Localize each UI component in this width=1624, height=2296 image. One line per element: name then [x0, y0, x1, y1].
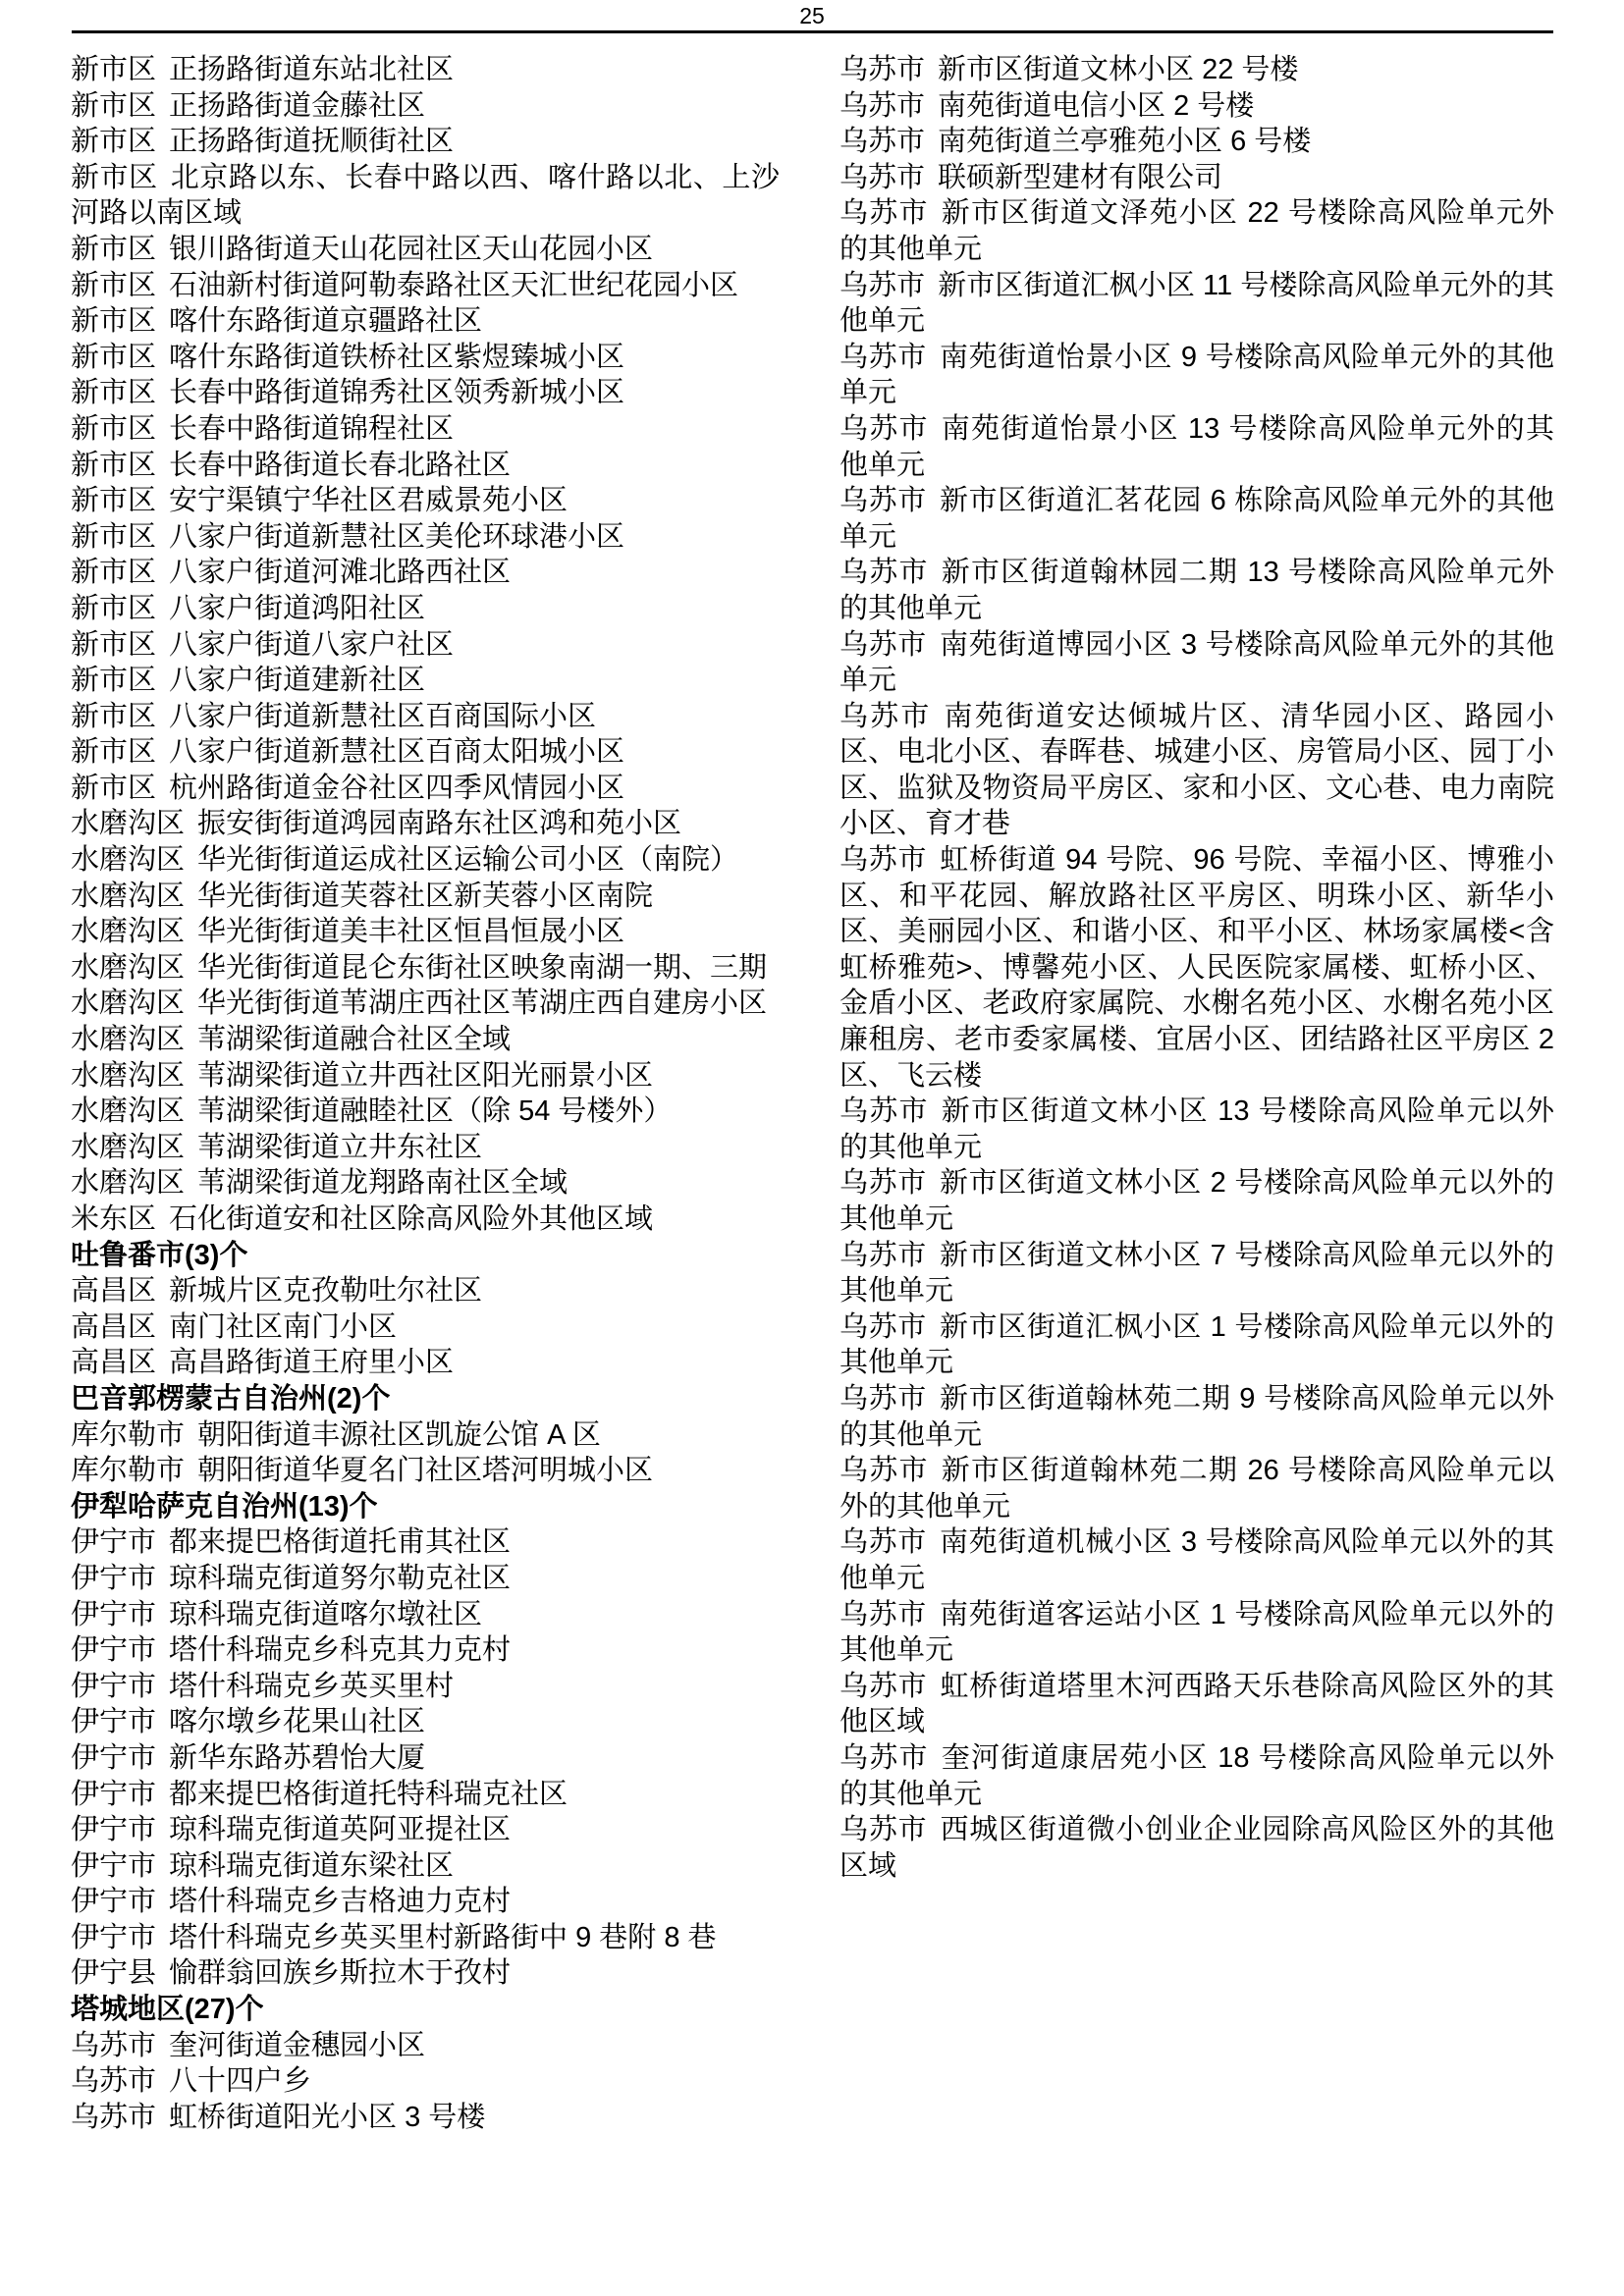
region-label: 伊宁市	[71, 1706, 156, 1737]
list-item: 伊宁市琼科瑞克街道努尔勒克社区	[71, 1561, 780, 1597]
region-label: 伊宁市	[71, 1814, 156, 1845]
list-item: 新市区喀什东路街道京疆路社区	[71, 303, 780, 340]
entry-text: 杭州路街道金谷社区四季风情园小区	[169, 773, 624, 804]
region-label: 新市区	[71, 485, 156, 516]
list-item: 乌苏市新市区街道翰林苑二期 9 号楼除高风险单元以外的其他单元	[839, 1381, 1554, 1453]
entry-text: 琼科瑞克街道英阿亚提社区	[169, 1814, 511, 1845]
entry-text: 苇湖梁街道龙翔路南社区全域	[197, 1167, 568, 1199]
list-item: 乌苏市新市区街道汇枫小区 11 号楼除高风险单元外的其他单元	[839, 268, 1554, 340]
region-label: 乌苏市	[839, 197, 929, 229]
region-label: 水磨沟区	[71, 1132, 185, 1163]
region-label: 乌苏市	[839, 1240, 927, 1271]
list-item: 新市区喀什东路街道铁桥社区紫煜臻城小区	[71, 340, 780, 376]
entry-text: 八家户街道八家户社区	[169, 629, 454, 661]
region-label: 伊宁市	[71, 1599, 156, 1630]
region-label: 乌苏市	[839, 413, 929, 445]
region-label: 水磨沟区	[71, 881, 185, 912]
city-group-header: 塔城地区(27)个	[71, 1992, 780, 2028]
list-item: 乌苏市新市区街道汇茗花园 6 栋除高风险单元外的其他单元	[839, 483, 1554, 555]
list-item: 乌苏市南苑街道电信小区 2 号楼	[839, 88, 1554, 125]
entry-text: 石化街道安和社区除高风险外其他区域	[169, 1203, 653, 1235]
entry-text: 北京路以东、长春中路以西、喀什路以北、上沙河路以南区域	[71, 162, 780, 230]
entry-text: 新市区街道翰林苑二期 9 号楼除高风险单元以外的其他单元	[839, 1383, 1554, 1451]
region-label: 水磨沟区	[71, 1167, 185, 1199]
list-item: 水磨沟区苇湖梁街道融睦社区（除 54 号楼外）	[71, 1094, 780, 1130]
region-label: 高昌区	[71, 1275, 156, 1307]
region-label: 新市区	[71, 629, 156, 661]
region-label: 高昌区	[71, 1347, 156, 1378]
region-label: 乌苏市	[839, 126, 925, 157]
region-label: 乌苏市	[839, 1599, 927, 1630]
list-item: 伊宁市塔什科瑞克乡英买里村	[71, 1669, 780, 1705]
document-page: 25 新市区正扬路街道东站北社区新市区正扬路街道金藤社区新市区正扬路街道抚顺街社…	[0, 0, 1624, 2296]
list-item: 新市区八家户街道新慧社区百商太阳城小区	[71, 734, 780, 771]
header-divider	[72, 30, 1553, 33]
region-label: 乌苏市	[839, 1383, 927, 1415]
region-label: 伊宁市	[71, 1671, 156, 1702]
entry-text: 琼科瑞克街道努尔勒克社区	[169, 1563, 511, 1594]
entry-text: 八家户街道河滩北路西社区	[169, 557, 511, 588]
entry-text: 八家户街道新慧社区百商国际小区	[169, 701, 596, 732]
entry-text: 新市区街道汇枫小区 1 号楼除高风险单元以外的其他单元	[839, 1311, 1554, 1379]
entry-text: 长春中路街道锦程社区	[169, 413, 454, 445]
list-item: 水磨沟区华光街街道美丰社区恒昌恒晟小区	[71, 914, 780, 950]
list-item: 高昌区南门社区南门小区	[71, 1309, 780, 1346]
list-item: 乌苏市新市区街道翰林园二期 13 号楼除高风险单元外的其他单元	[839, 555, 1554, 626]
list-item: 新市区八家户街道新慧社区百商国际小区	[71, 699, 780, 735]
list-item: 乌苏市新市区街道文林小区 2 号楼除高风险单元以外的其他单元	[839, 1165, 1554, 1237]
region-label: 乌苏市	[839, 270, 925, 301]
entry-text: 都来提巴格街道托特科瑞克社区	[169, 1779, 568, 1810]
region-label: 新市区	[71, 54, 156, 85]
list-item: 乌苏市联硕新型建材有限公司	[839, 160, 1554, 196]
list-item: 伊宁县愉群翁回族乡斯拉木于孜村	[71, 1955, 780, 1992]
list-item: 水磨沟区华光街街道苇湖庄西社区苇湖庄西自建房小区	[71, 986, 780, 1022]
region-label: 新市区	[71, 162, 158, 193]
entry-text: 八家户街道新慧社区百商太阳城小区	[169, 736, 624, 768]
entry-text: 新市区街道文泽苑小区 22 号楼除高风险单元外的其他单元	[839, 197, 1554, 265]
list-item: 新市区长春中路街道长春北路社区	[71, 448, 780, 484]
entry-text: 喀什东路街道铁桥社区紫煜臻城小区	[169, 342, 624, 373]
list-item: 伊宁市琼科瑞克街道东梁社区	[71, 1848, 780, 1885]
entry-text: 苇湖梁街道立井西社区阳光丽景小区	[197, 1060, 653, 1092]
region-label: 乌苏市	[839, 1814, 927, 1845]
region-label: 乌苏市	[839, 1311, 927, 1343]
entry-text: 振安街街道鸿园南路东社区鸿和苑小区	[197, 808, 681, 839]
region-label: 新市区	[71, 90, 156, 122]
region-label: 新市区	[71, 126, 156, 157]
entry-text: 塔什科瑞克乡英买里村新路街中 9 巷附 8 巷	[169, 1922, 717, 1953]
region-label: 乌苏市	[71, 2065, 156, 2097]
region-label: 伊宁市	[71, 1563, 156, 1594]
list-item: 新市区杭州路街道金谷社区四季风情园小区	[71, 771, 780, 807]
list-item: 新市区长春中路街道锦程社区	[71, 411, 780, 448]
entry-text: 塔什科瑞克乡英买里村	[169, 1671, 454, 1702]
list-item: 伊宁市喀尔墩乡花果山社区	[71, 1704, 780, 1740]
list-item: 乌苏市南苑街道机械小区 3 号楼除高风险单元以外的其他单元	[839, 1524, 1554, 1596]
region-label: 伊宁市	[71, 1526, 156, 1558]
list-item: 乌苏市虹桥街道塔里木河西路天乐巷除高风险区外的其他区域	[839, 1669, 1554, 1740]
entry-text: 联硕新型建材有限公司	[938, 162, 1222, 193]
entry-text: 正扬路街道金藤社区	[169, 90, 425, 122]
entry-text: 八家户街道建新社区	[169, 665, 425, 696]
region-label: 米东区	[71, 1203, 156, 1235]
entry-text: 苇湖梁街道立井东社区	[197, 1132, 482, 1163]
region-label: 高昌区	[71, 1311, 156, 1343]
list-item: 乌苏市南苑街道客运站小区 1 号楼除高风险单元以外的其他单元	[839, 1597, 1554, 1669]
list-item: 水磨沟区华光街街道芙蓉社区新芙蓉小区南院	[71, 879, 780, 915]
entry-text: 虹桥街道 94 号院、96 号院、幸福小区、博雅小区、和平花园、解放路社区平房区…	[839, 844, 1554, 1092]
entry-text: 八家户街道鸿阳社区	[169, 593, 425, 624]
region-label: 水磨沟区	[71, 844, 185, 876]
list-item: 乌苏市新市区街道文泽苑小区 22 号楼除高风险单元外的其他单元	[839, 195, 1554, 267]
list-item: 乌苏市新市区街道文林小区 22 号楼	[839, 52, 1554, 88]
list-item: 乌苏市新市区街道汇枫小区 1 号楼除高风险单元以外的其他单元	[839, 1309, 1554, 1381]
list-item: 米东区石化街道安和社区除高风险外其他区域	[71, 1201, 780, 1238]
entry-text: 华光街街道芙蓉社区新芙蓉小区南院	[197, 881, 653, 912]
list-item: 乌苏市新市区街道文林小区 13 号楼除高风险单元以外的其他单元	[839, 1094, 1554, 1165]
entry-text: 南苑街道客运站小区 1 号楼除高风险单元以外的其他单元	[839, 1599, 1554, 1667]
list-item: 新市区八家户街道河滩北路西社区	[71, 555, 780, 591]
entry-text: 华光街街道苇湖庄西社区苇湖庄西自建房小区	[197, 988, 767, 1019]
list-item: 新市区北京路以东、长春中路以西、喀什路以北、上沙河路以南区域	[71, 160, 780, 232]
list-item: 水磨沟区苇湖梁街道龙翔路南社区全域	[71, 1165, 780, 1201]
region-label: 水磨沟区	[71, 1060, 185, 1092]
region-label: 新市区	[71, 557, 156, 588]
region-label: 水磨沟区	[71, 988, 185, 1019]
list-item: 新市区安宁渠镇宁华社区君威景苑小区	[71, 483, 780, 519]
list-item: 高昌区新城片区克孜勒吐尔社区	[71, 1273, 780, 1309]
page-number: 25	[0, 2, 1624, 29]
city-group-header: 巴音郭楞蒙古自治州(2)个	[71, 1381, 780, 1417]
entry-text: 都来提巴格街道托甫其社区	[169, 1526, 511, 1558]
list-item: 新市区长春中路街道锦秀社区领秀新城小区	[71, 375, 780, 411]
entry-text: 愉群翁回族乡斯拉木于孜村	[169, 1957, 511, 1989]
region-label: 乌苏市	[839, 557, 929, 588]
entry-text: 安宁渠镇宁华社区君威景苑小区	[169, 485, 568, 516]
list-item: 伊宁市塔什科瑞克乡科克其力克村	[71, 1632, 780, 1669]
region-label: 乌苏市	[839, 162, 925, 193]
entry-text: 南苑街道安达倾城片区、清华园小区、路园小区、电北小区、春晖巷、城建小区、房管局小…	[839, 701, 1554, 840]
city-group-header: 伊犁哈萨克自治州(13)个	[71, 1489, 780, 1525]
entry-text: 长春中路街道锦秀社区领秀新城小区	[169, 377, 624, 408]
region-label: 新市区	[71, 736, 156, 768]
list-item: 新市区石油新村街道阿勒泰路社区天汇世纪花园小区	[71, 268, 780, 304]
entry-text: 八家户街道新慧社区美伦环球港小区	[169, 521, 624, 553]
list-item: 新市区正扬路街道东站北社区	[71, 52, 780, 88]
region-label: 乌苏市	[71, 2030, 156, 2061]
right-column: 乌苏市新市区街道文林小区 22 号楼乌苏市南苑街道电信小区 2 号楼乌苏市南苑街…	[839, 52, 1554, 1884]
entry-text: 虹桥街道塔里木河西路天乐巷除高风险区外的其他区域	[839, 1671, 1554, 1738]
entry-text: 华光街街道昆仑东街社区映象南湖一期、三期	[197, 952, 767, 984]
list-item: 新市区正扬路街道抚顺街社区	[71, 124, 780, 160]
region-label: 新市区	[71, 305, 156, 337]
list-item: 伊宁市都来提巴格街道托特科瑞克社区	[71, 1777, 780, 1813]
region-label: 伊宁县	[71, 1957, 156, 1989]
entry-text: 新城片区克孜勒吐尔社区	[169, 1275, 482, 1307]
list-item: 乌苏市新市区街道翰林苑二期 26 号楼除高风险单元以外的其他单元	[839, 1453, 1554, 1524]
list-item: 水磨沟区苇湖梁街道立井西社区阳光丽景小区	[71, 1058, 780, 1095]
region-label: 新市区	[71, 593, 156, 624]
region-label: 水磨沟区	[71, 916, 185, 947]
list-item: 水磨沟区苇湖梁街道融合社区全域	[71, 1022, 780, 1058]
region-label: 乌苏市	[839, 701, 932, 732]
city-group-header: 吐鲁番市(3)个	[71, 1238, 780, 1274]
list-item: 新市区正扬路街道金藤社区	[71, 88, 780, 125]
list-item: 新市区八家户街道八家户社区	[71, 627, 780, 664]
region-label: 新市区	[71, 377, 156, 408]
region-label: 伊宁市	[71, 1922, 156, 1953]
list-item: 乌苏市新市区街道文林小区 7 号楼除高风险单元以外的其他单元	[839, 1238, 1554, 1309]
entry-text: 南苑街道机械小区 3 号楼除高风险单元以外的其他单元	[839, 1526, 1554, 1594]
region-label: 乌苏市	[839, 485, 927, 516]
entry-text: 八十四户乡	[169, 2065, 311, 2097]
region-label: 乌苏市	[839, 1095, 929, 1127]
entry-text: 新华东路苏碧怡大厦	[169, 1742, 425, 1774]
list-item: 乌苏市南苑街道怡景小区 13 号楼除高风险单元外的其他单元	[839, 411, 1554, 483]
list-item: 新市区八家户街道建新社区	[71, 663, 780, 699]
entry-text: 塔什科瑞克乡科克其力克村	[169, 1634, 511, 1666]
entry-text: 石油新村街道阿勒泰路社区天汇世纪花园小区	[169, 270, 738, 301]
list-item: 伊宁市都来提巴格街道托甫其社区	[71, 1524, 780, 1561]
entry-text: 喀尔墩乡花果山社区	[169, 1706, 425, 1737]
region-label: 乌苏市	[839, 1167, 927, 1199]
list-item: 乌苏市南苑街道安达倾城片区、清华园小区、路园小区、电北小区、春晖巷、城建小区、房…	[839, 699, 1554, 842]
list-item: 伊宁市塔什科瑞克乡英买里村新路街中 9 巷附 8 巷	[71, 1920, 780, 1956]
entry-text: 正扬路街道抚顺街社区	[169, 126, 454, 157]
entry-text: 南苑街道怡景小区 9 号楼除高风险单元外的其他单元	[839, 342, 1554, 409]
entry-text: 新市区街道翰林苑二期 26 号楼除高风险单元以外的其他单元	[839, 1455, 1554, 1522]
region-label: 乌苏市	[839, 1455, 929, 1486]
entry-text: 朝阳街道华夏名门社区塔河明城小区	[197, 1455, 653, 1486]
region-label: 水磨沟区	[71, 952, 185, 984]
list-item: 水磨沟区振安街街道鸿园南路东社区鸿和苑小区	[71, 806, 780, 842]
region-label: 水磨沟区	[71, 1095, 185, 1127]
region-label: 乌苏市	[839, 629, 927, 661]
region-label: 乌苏市	[839, 90, 925, 122]
region-label: 伊宁市	[71, 1886, 156, 1917]
region-label: 新市区	[71, 413, 156, 445]
region-label: 新市区	[71, 450, 156, 481]
region-label: 新市区	[71, 701, 156, 732]
list-item: 伊宁市塔什科瑞克乡吉格迪力克村	[71, 1884, 780, 1920]
entry-text: 长春中路街道长春北路社区	[169, 450, 511, 481]
entry-text: 新市区街道文林小区 13 号楼除高风险单元以外的其他单元	[839, 1095, 1554, 1163]
entry-text: 新市区街道汇茗花园 6 栋除高风险单元外的其他单元	[839, 485, 1554, 553]
region-label: 伊宁市	[71, 1779, 156, 1810]
region-label: 乌苏市	[839, 1671, 927, 1702]
region-label: 乌苏市	[839, 1526, 927, 1558]
list-item: 库尔勒市朝阳街道华夏名门社区塔河明城小区	[71, 1453, 780, 1489]
region-label: 新市区	[71, 342, 156, 373]
entry-text: 南门社区南门小区	[169, 1311, 397, 1343]
list-item: 水磨沟区华光街街道昆仑东街社区映象南湖一期、三期	[71, 950, 780, 987]
entry-text: 南苑街道怡景小区 13 号楼除高风险单元外的其他单元	[839, 413, 1554, 481]
entry-text: 新市区街道文林小区 2 号楼除高风险单元以外的其他单元	[839, 1167, 1554, 1235]
entry-text: 奎河街道康居苑小区 18 号楼除高风险单元以外的其他单元	[839, 1742, 1554, 1810]
list-item: 新市区八家户街道新慧社区美伦环球港小区	[71, 519, 780, 556]
region-label: 新市区	[71, 665, 156, 696]
list-item: 乌苏市奎河街道康居苑小区 18 号楼除高风险单元以外的其他单元	[839, 1740, 1554, 1812]
left-column: 新市区正扬路街道东站北社区新市区正扬路街道金藤社区新市区正扬路街道抚顺街社区新市…	[71, 52, 780, 2135]
region-label: 新市区	[71, 270, 156, 301]
region-label: 伊宁市	[71, 1634, 156, 1666]
entry-text: 新市区街道汇枫小区 11 号楼除高风险单元外的其他单元	[839, 270, 1554, 338]
region-label: 伊宁市	[71, 1742, 156, 1774]
list-item: 乌苏市八十四户乡	[71, 2063, 780, 2100]
region-label: 新市区	[71, 773, 156, 804]
region-label: 新市区	[71, 234, 156, 265]
list-item: 水磨沟区苇湖梁街道立井东社区	[71, 1130, 780, 1166]
list-item: 伊宁市琼科瑞克街道喀尔墩社区	[71, 1597, 780, 1633]
entry-text: 朝阳街道丰源社区凯旋公馆 A 区	[197, 1419, 601, 1451]
entry-text: 正扬路街道东站北社区	[169, 54, 454, 85]
entry-text: 西城区街道微小创业企业园除高风险区外的其他区域	[839, 1814, 1554, 1882]
entry-text: 华光街街道美丰社区恒昌恒晟小区	[197, 916, 624, 947]
list-item: 水磨沟区华光街街道运成社区运输公司小区（南院）	[71, 842, 780, 879]
region-label: 水磨沟区	[71, 808, 185, 839]
entry-text: 琼科瑞克街道喀尔墩社区	[169, 1599, 482, 1630]
list-item: 乌苏市南苑街道博园小区 3 号楼除高风险单元外的其他单元	[839, 627, 1554, 699]
entry-text: 奎河街道金穗园小区	[169, 2030, 425, 2061]
region-label: 乌苏市	[839, 1742, 929, 1774]
entry-text: 苇湖梁街道融合社区全域	[197, 1024, 511, 1055]
region-label: 乌苏市	[839, 54, 925, 85]
entry-text: 苇湖梁街道融睦社区（除 54 号楼外）	[197, 1095, 672, 1127]
list-item: 乌苏市奎河街道金穗园小区	[71, 2028, 780, 2064]
list-item: 乌苏市南苑街道兰亭雅苑小区 6 号楼	[839, 124, 1554, 160]
region-label: 库尔勒市	[71, 1419, 185, 1451]
region-label: 乌苏市	[839, 342, 927, 373]
entry-text: 新市区街道翰林园二期 13 号楼除高风险单元外的其他单元	[839, 557, 1554, 624]
entry-text: 南苑街道博园小区 3 号楼除高风险单元外的其他单元	[839, 629, 1554, 697]
entry-text: 塔什科瑞克乡吉格迪力克村	[169, 1886, 511, 1917]
list-item: 新市区八家户街道鸿阳社区	[71, 591, 780, 627]
region-label: 乌苏市	[839, 844, 927, 876]
entry-text: 高昌路街道王府里小区	[169, 1347, 454, 1378]
region-label: 伊宁市	[71, 1850, 156, 1882]
list-item: 乌苏市西城区街道微小创业企业园除高风险区外的其他区域	[839, 1812, 1554, 1884]
list-item: 高昌区高昌路街道王府里小区	[71, 1345, 780, 1381]
list-item: 伊宁市琼科瑞克街道英阿亚提社区	[71, 1812, 780, 1848]
entry-text: 新市区街道文林小区 7 号楼除高风险单元以外的其他单元	[839, 1240, 1554, 1308]
region-label: 水磨沟区	[71, 1024, 185, 1055]
list-item: 乌苏市虹桥街道阳光小区 3 号楼	[71, 2100, 780, 2136]
entry-text: 银川路街道天山花园社区天山花园小区	[169, 234, 653, 265]
region-label: 乌苏市	[71, 2102, 156, 2133]
region-label: 库尔勒市	[71, 1455, 185, 1486]
entry-text: 南苑街道电信小区 2 号楼	[938, 90, 1254, 122]
entry-text: 虹桥街道阳光小区 3 号楼	[169, 2102, 485, 2133]
entry-text: 琼科瑞克街道东梁社区	[169, 1850, 454, 1882]
entry-text: 南苑街道兰亭雅苑小区 6 号楼	[938, 126, 1311, 157]
entry-text: 华光街街道运成社区运输公司小区（南院）	[197, 844, 738, 876]
list-item: 新市区银川路街道天山花园社区天山花园小区	[71, 232, 780, 268]
region-label: 新市区	[71, 521, 156, 553]
list-item: 乌苏市南苑街道怡景小区 9 号楼除高风险单元外的其他单元	[839, 340, 1554, 411]
list-item: 伊宁市新华东路苏碧怡大厦	[71, 1740, 780, 1777]
entry-text: 喀什东路街道京疆路社区	[169, 305, 482, 337]
entry-text: 新市区街道文林小区 22 号楼	[938, 54, 1298, 85]
list-item: 库尔勒市朝阳街道丰源社区凯旋公馆 A 区	[71, 1417, 780, 1454]
list-item: 乌苏市虹桥街道 94 号院、96 号院、幸福小区、博雅小区、和平花园、解放路社区…	[839, 842, 1554, 1094]
